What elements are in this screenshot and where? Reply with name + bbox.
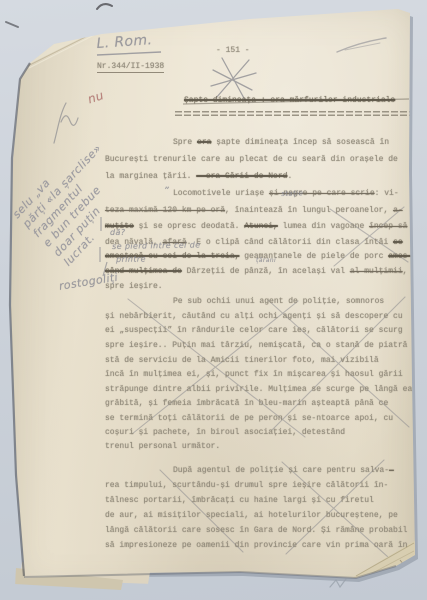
handwritten-note: dă? (110, 228, 125, 237)
ink-mark-top-left (6, 22, 18, 27)
handwritten-note: „ (165, 180, 171, 191)
handwritten-note: se pierd între cei de (112, 240, 201, 251)
photo-of-manuscript: - 151 -Nr.344/II-1938Șapte dimineața : o… (0, 0, 427, 600)
handwritten-note: stație (281, 189, 303, 198)
handwritten-notes-layer: selu „vapărți «la șarclise»fragmentule b… (0, 0, 427, 600)
ink-mark-top (97, 4, 112, 9)
handwritten-note: printre (116, 254, 146, 264)
staple (52, 28, 66, 33)
manuscript-page: - 151 -Nr.344/II-1938Șapte dimineața : o… (0, 0, 427, 600)
handwritten-note: L. Rom. (96, 32, 153, 52)
handwritten-note: țărani (256, 257, 276, 264)
title-double-underline (175, 111, 411, 116)
handwritten-note: rostogoliți (58, 271, 119, 293)
handwritten-note: nu (86, 88, 106, 106)
